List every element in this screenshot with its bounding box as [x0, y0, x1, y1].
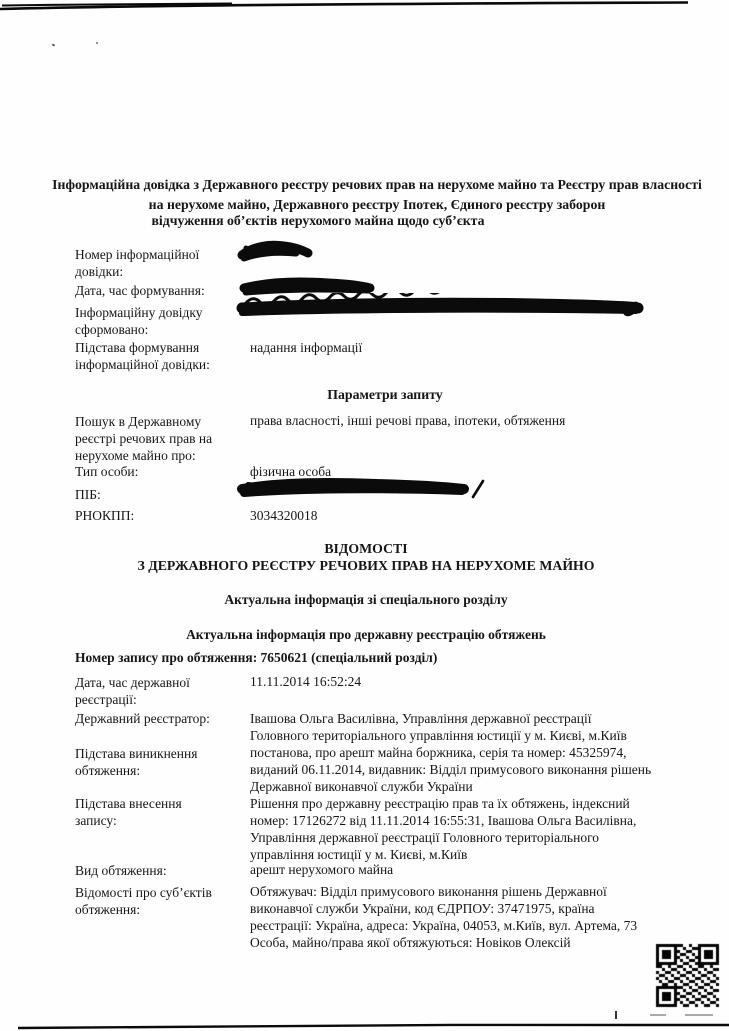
- full-name-label: ПІБ:: [75, 486, 247, 503]
- special-section-subheading: Актуальна інформація зі спеціального роз…: [35, 592, 697, 608]
- formation-datetime-label: Дата, час формування:: [75, 282, 247, 299]
- encumbrance-registration-subheading: Актуальна інформація про державну реєстр…: [35, 627, 697, 643]
- certificate-number-label: Номер інформаційної довідки:: [75, 246, 247, 280]
- query-params-heading: Параметри запиту: [55, 387, 715, 403]
- search-scope-label: Пошук в Державному реєстрі речових прав …: [75, 413, 247, 464]
- scan-speck: [615, 1011, 617, 1019]
- document-title-line3: відчуження об’єктів нерухомого майна щод…: [0, 213, 636, 229]
- redaction-mark-certificate-number: [236, 239, 314, 266]
- state-registrar-value: Івашова Ольга Василівна, Управління держ…: [250, 710, 728, 744]
- entry-basis-label: Підстава внесення запису:: [75, 795, 247, 829]
- scan-artifact-top-line: [0, 0, 729, 14]
- redaction-mark-full-name: [236, 476, 488, 504]
- origin-basis-value: постанова, про арешт майна боржника, сер…: [250, 744, 728, 795]
- document-title: Інформаційна довідка з Державного реєстр…: [50, 175, 704, 214]
- tax-id-label: РНОКПП:: [75, 507, 247, 524]
- formation-basis-label: Підстава формування інформаційної довідк…: [75, 339, 247, 373]
- person-type-label: Тип особи:: [75, 463, 247, 480]
- formed-by-label: Інформаційну довідку сформовано:: [75, 304, 247, 338]
- register-section-heading: ВІДОМОСТІ З ДЕРЖАВНОГО РЕЄСТРУ РЕЧОВИХ П…: [35, 541, 697, 574]
- formation-basis-value: надання інформації: [250, 339, 728, 356]
- registration-datetime-value: 11.11.2014 16:52:24: [250, 673, 728, 690]
- encumbrance-subjects-value: Обтяжувач: Відділ примусового виконання …: [250, 883, 728, 951]
- qr-caption-illegible: [650, 1014, 666, 1016]
- encumbrance-subjects-label: Відомості про суб’єктів обтяження:: [75, 884, 247, 918]
- search-scope-value: права власності, інші речові права, іпот…: [250, 412, 728, 429]
- encumbrance-type-label: Вид обтяження:: [75, 862, 247, 879]
- scan-speck: [52, 43, 56, 46]
- scan-speck: [96, 42, 98, 44]
- scan-artifact-bottom-line: [0, 1019, 729, 1031]
- registration-datetime-label: Дата, час державної реєстрації:: [75, 674, 247, 708]
- qr-caption-illegible: [685, 1014, 713, 1016]
- entry-basis-value: Рішення про державну реєстрацію прав та …: [250, 795, 728, 863]
- encumbrance-record-number: Номер запису про обтяження: 7650621 (спе…: [75, 650, 675, 666]
- qr-code: [654, 942, 721, 1009]
- redaction-mark-formed-by: [236, 293, 650, 321]
- scanned-certificate-page: Інформаційна довідка з Державного реєстр…: [0, 0, 729, 1031]
- tax-id-value: 3034320018: [250, 507, 728, 524]
- state-registrar-label: Державний реєстратор:: [75, 710, 247, 727]
- origin-basis-label: Підстава виникнення обтяження:: [75, 745, 247, 779]
- encumbrance-type-value: арешт нерухомого майна: [250, 861, 728, 878]
